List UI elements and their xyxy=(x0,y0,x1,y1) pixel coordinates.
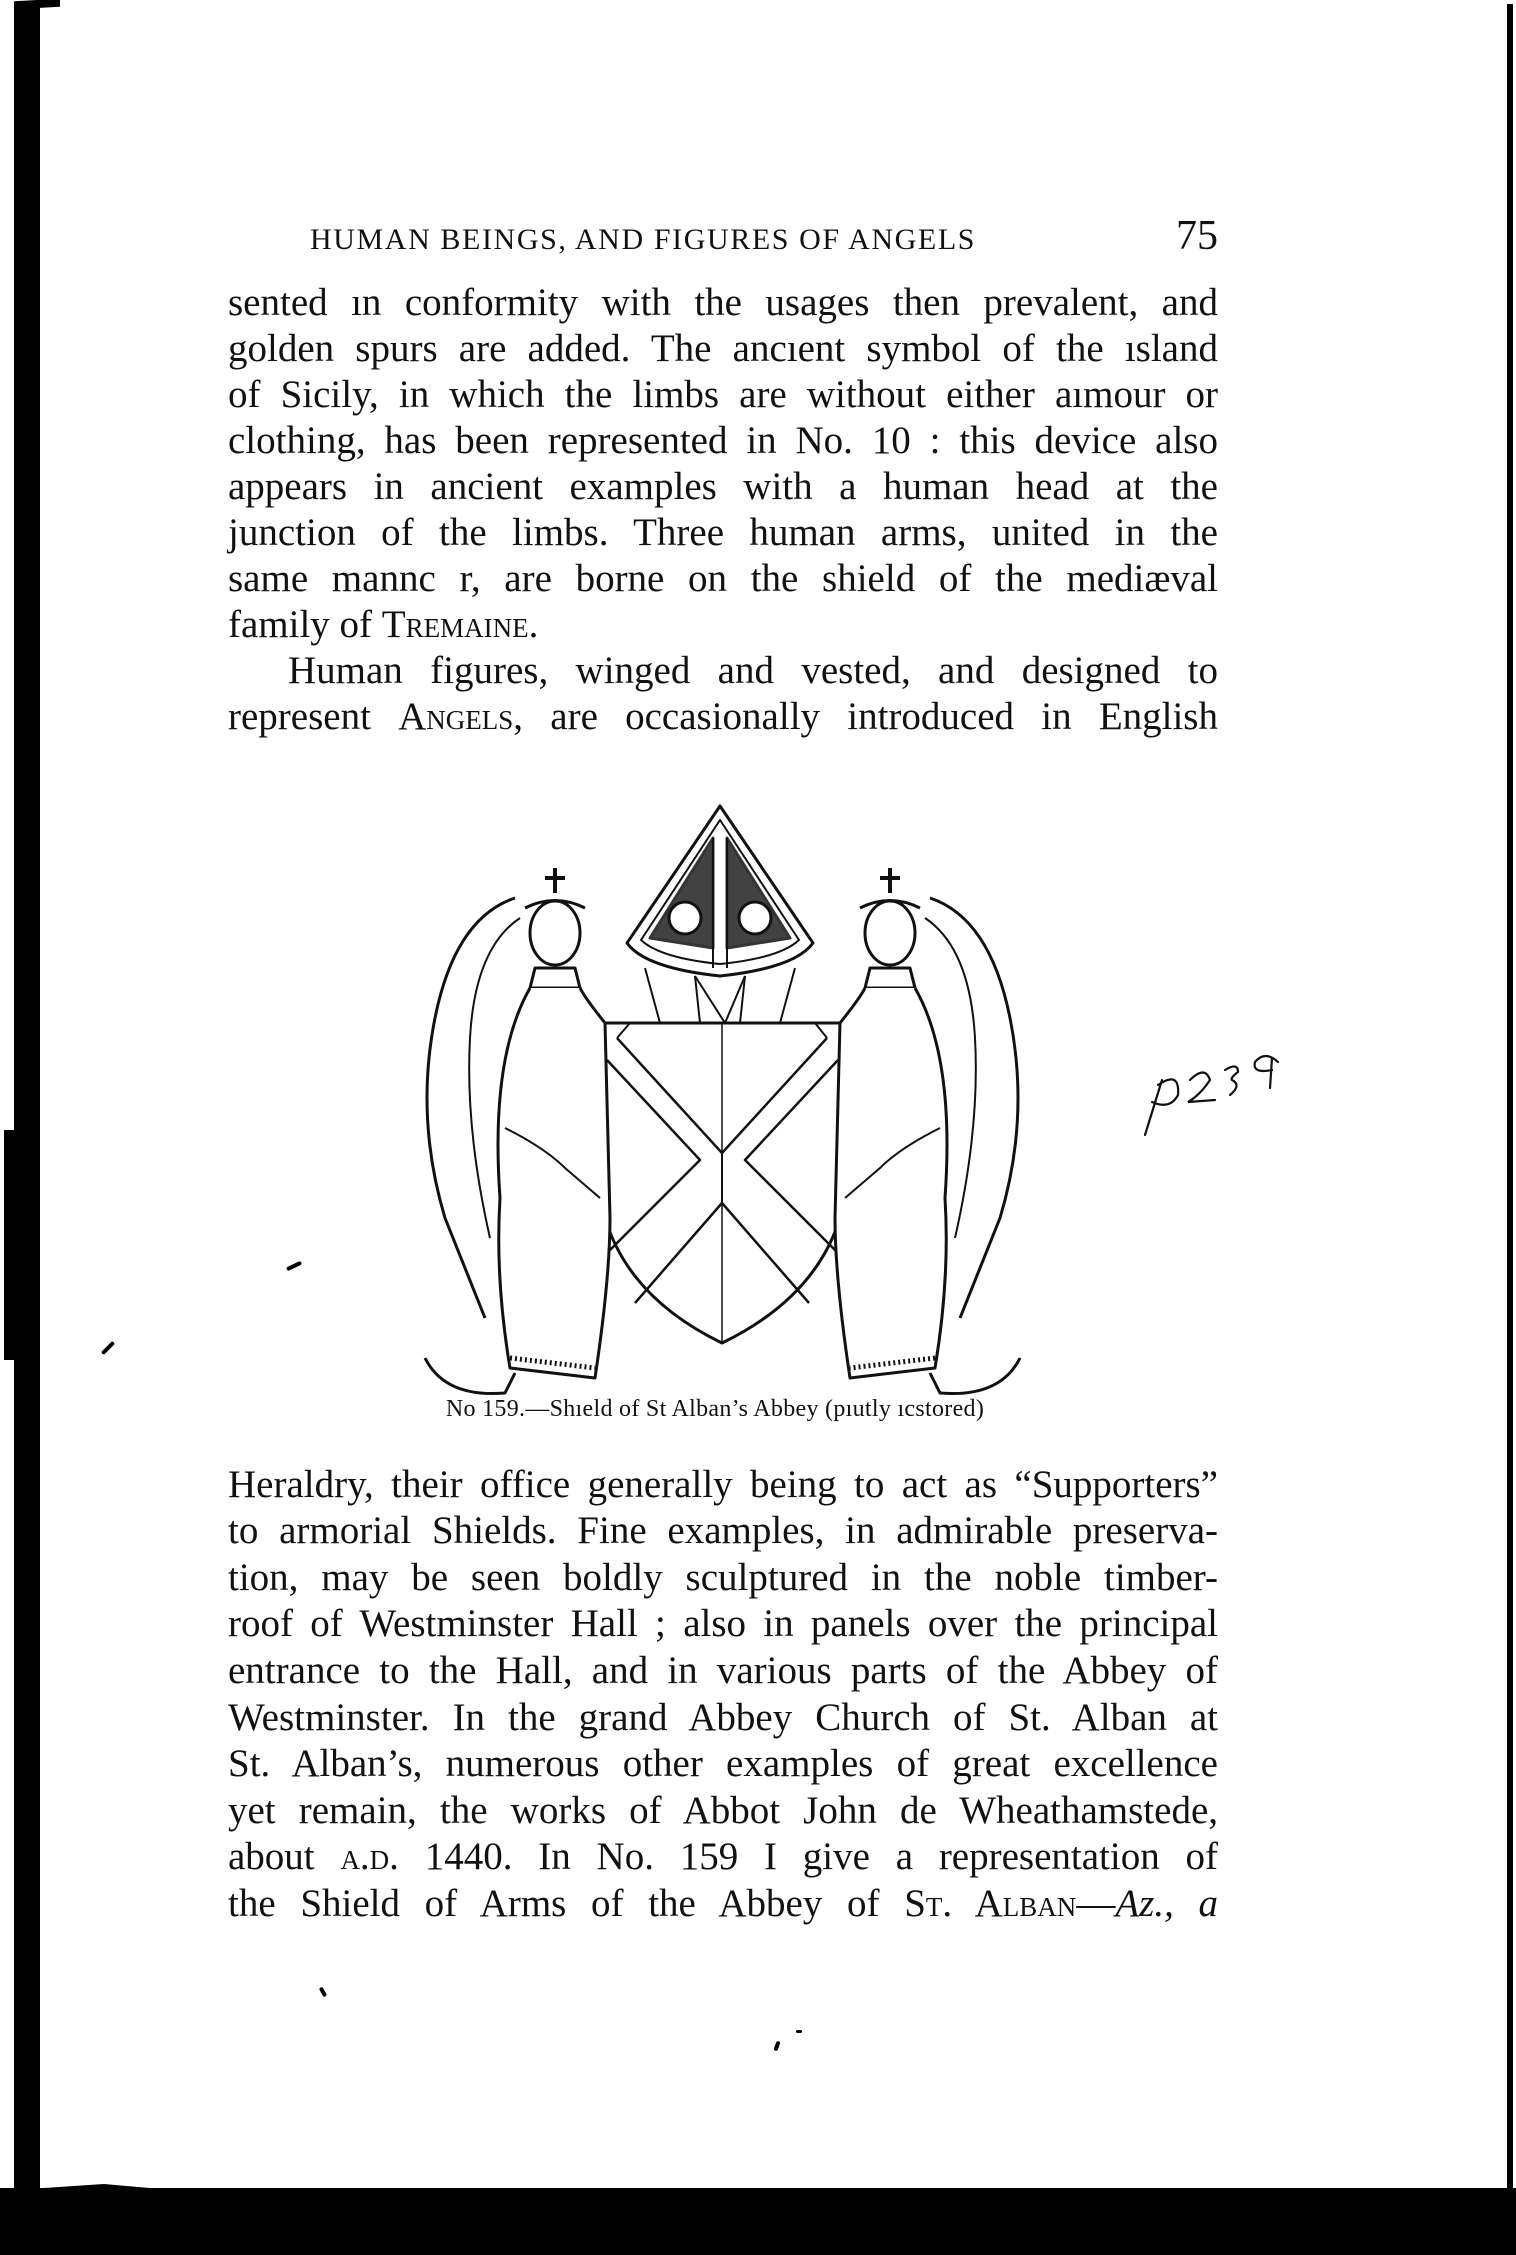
handwritten-note-p239: p 239 xyxy=(1130,1040,1330,1140)
shield-icon xyxy=(605,1023,840,1343)
text-line: about a.d. 1440. In No. 159 I give a rep… xyxy=(228,1834,1218,1880)
text-fragment: family of xyxy=(228,603,382,646)
text-line: St. Alban’s, numerous other examples of … xyxy=(228,1741,1218,1787)
text-line: to armorial Shields. Fine examples, in a… xyxy=(228,1508,1218,1554)
text-line: sented ın conformity with the usages the… xyxy=(228,280,1218,326)
figure-caption: No 159.—Shıeld of St Alban’s Abbey (pıut… xyxy=(385,1394,1045,1424)
ink-speck xyxy=(319,1987,327,1998)
text-line: family of Tremaine. xyxy=(228,602,1218,648)
scan-border-left xyxy=(14,6,40,2226)
ink-speck xyxy=(773,2041,780,2052)
text-line: clothing, has been represented in No. 10… xyxy=(228,418,1218,464)
text-fragment: are occasionally introduced in English xyxy=(523,695,1218,738)
text-line: junction of the limbs. Three human arms,… xyxy=(228,510,1218,556)
ink-speck xyxy=(286,1261,302,1271)
text-line: entrance to the Hall, and in various par… xyxy=(228,1648,1218,1694)
text-fragment: 1440. In No. 159 I give a representation… xyxy=(399,1835,1218,1878)
em-dash: — xyxy=(1076,1882,1115,1925)
blazon-italic: Az., a xyxy=(1115,1882,1218,1925)
name-st-alban: St. Alban xyxy=(904,1882,1076,1925)
text-line: of Sicily, in which the limbs are withou… xyxy=(228,372,1218,418)
text-fragment: represent xyxy=(228,695,398,738)
era-abbreviation: a.d. xyxy=(340,1835,399,1878)
ink-speck xyxy=(796,2030,802,2033)
text-line: represent Angels, are occasionally intro… xyxy=(228,694,1218,740)
text-line: tion, may be seen boldly sculptured in t… xyxy=(228,1555,1218,1601)
term-angels: Angels, xyxy=(398,695,523,738)
text-line: roof of Westminster Hall ; also in panel… xyxy=(228,1601,1218,1647)
text-line: Heraldry, their office generally being t… xyxy=(228,1462,1218,1508)
text-line: yet remain, the works of Abbot John de W… xyxy=(228,1788,1218,1834)
name-tremaine: Tremaine. xyxy=(382,603,539,646)
ink-speck xyxy=(101,1341,115,1355)
running-header: HUMAN BEINGS, AND FIGURES OF ANGELS 75 xyxy=(310,212,1218,258)
text-fragment: the Shield of Arms of the Abbey of xyxy=(228,1882,904,1925)
shield-of-st-albans-illustration xyxy=(395,798,1050,1418)
text-line: same mannc r, are borne on the shield of… xyxy=(228,556,1218,602)
mitre-icon xyxy=(627,806,813,1023)
text-line: the Shield of Arms of the Abbey of St. A… xyxy=(228,1881,1218,1927)
right-angel-icon xyxy=(835,868,1020,1394)
scan-border-right xyxy=(1507,4,1513,2244)
left-angel-icon xyxy=(425,868,610,1394)
text-fragment: about xyxy=(228,1835,340,1878)
text-line: golden spurs are added. The ancıent symb… xyxy=(228,326,1218,372)
scan-border-bottom xyxy=(0,2188,1516,2255)
scan-border-left-fragment xyxy=(4,1130,16,1360)
header-title: HUMAN BEINGS, AND FIGURES OF ANGELS xyxy=(310,223,976,257)
paragraph-start: Human figures, winged and vested, and de… xyxy=(288,648,1218,694)
page-number: 75 xyxy=(1176,212,1218,260)
text-line: appears in ancient examples with a human… xyxy=(228,464,1218,510)
text-line: Westminster. In the grand Abbey Church o… xyxy=(228,1695,1218,1741)
